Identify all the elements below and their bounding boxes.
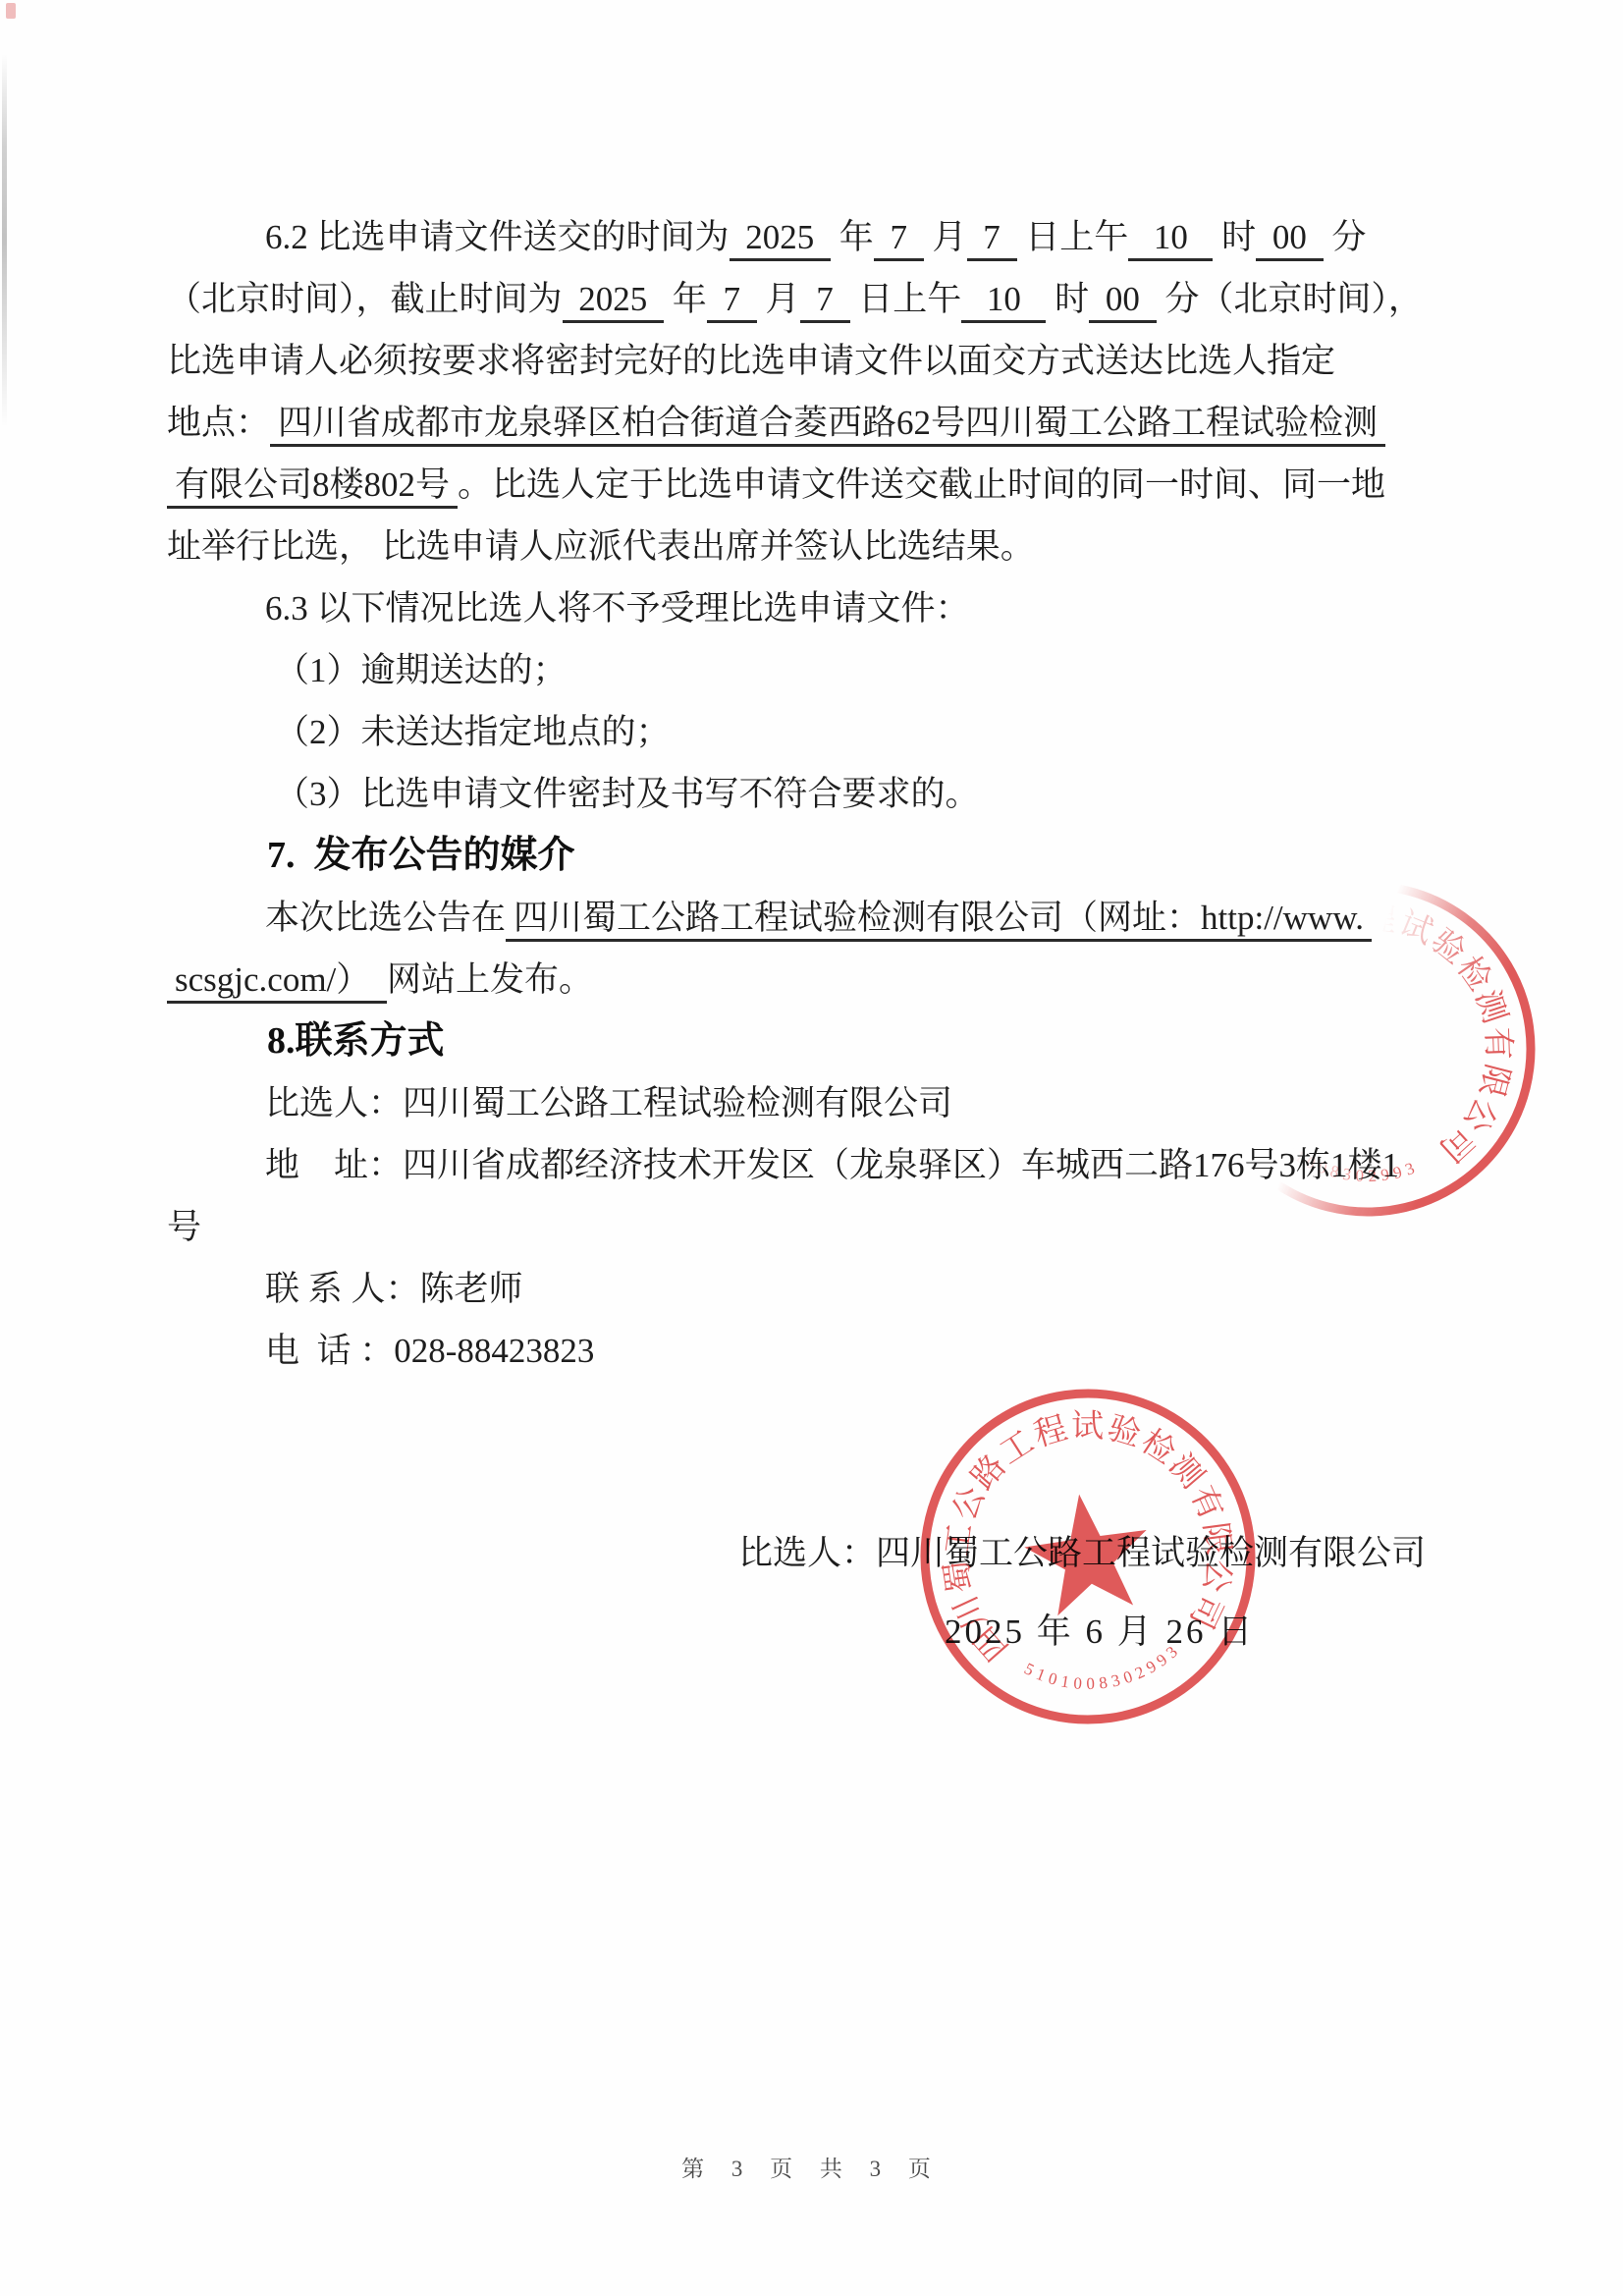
text-segment: 时 [1046,280,1089,318]
text-segment: 地点： [167,404,270,442]
text-segment: 电 话 ：028-88423823 [265,1332,594,1370]
text-line: 6.2 比选申请文件送交的时间为 2025 年 7 月 7 日上午 10 时 0… [167,206,1419,268]
text-segment: 8.联系方式 [267,1020,445,1062]
text-segment: （3）比选申请文件密封及书写不符合要求的。 [275,775,980,813]
underlined-text-segment: 有限公司8楼802号 [167,465,458,509]
text-segment: （1）逾期送达的； [275,651,568,689]
text-segment: （2）未送达指定地点的； [275,713,671,751]
page-number-indicator: 第 3 页 共 3 页 [0,2151,1623,2183]
text-segment: 比选人：四川蜀工公路工程试验检测有限公司 [265,1084,952,1122]
underlined-text-segment: 四川蜀工公路工程试验检测有限公司（网址：http://www. [506,899,1372,942]
section-heading: 8.联系方式 [167,1011,1419,1072]
text-segment: 年 [831,218,874,256]
text-segment: （北京时间），截止时间为 [167,280,563,318]
underlined-text-segment: 7 [967,218,1017,261]
signature-date: 2025 年 6 月 26 日 [945,1605,1255,1654]
text-segment: 日上午 [1017,218,1129,256]
text-segment: 网站上发布。 [387,960,593,999]
underlined-text-segment: 2025 [730,218,832,261]
text-line: 比选申请人必须按要求将密封完好的比选申请文件以面交方式送达比选人指定 [167,330,1419,392]
text-line: 6.3 以下情况比选人将不予受理比选申请文件： [167,577,1419,639]
text-line: 本次比选公告在四川蜀工公路工程试验检测有限公司（网址：http://www. [167,887,1419,949]
text-segment: 7. 发布公告的媒介 [267,835,575,876]
text-line: （3）比选申请文件密封及书写不符合要求的。 [167,763,1419,825]
text-segment: 本次比选公告在 [265,899,506,937]
text-line: 有限公司8楼802号。比选人定于比选申请文件送交截止时间的同一时间、同一地 [167,454,1419,516]
underlined-text-segment: 00 [1089,280,1157,323]
text-line: scsgjc.com/） 网站上发布。 [167,949,1419,1011]
underlined-text-segment: 10 [1128,218,1213,261]
text-line: （2）未送达指定地点的； [167,701,1419,763]
section-heading: 7. 发布公告的媒介 [167,825,1419,887]
underlined-text-segment: 7 [707,280,757,323]
scan-artifact-left-streak [2,54,7,427]
underlined-text-segment: 四川省成都市龙泉驿区柏合街道合菱西路62号四川蜀工公路工程试验检测 [270,404,1385,447]
scan-artifact-corner-mark [6,3,16,19]
text-line: （1）逾期送达的； [167,639,1419,701]
underlined-text-segment: scsgjc.com/） [167,960,387,1004]
text-line: （北京时间），截止时间为 2025 年 7 月 7 日上午 10 时 00 分（… [167,268,1419,330]
text-segment: 6.2 比选申请文件送交的时间为 [265,218,730,256]
text-segment: 月 [924,218,967,256]
text-segment: 分（北京时间）， [1157,280,1423,318]
text-line: 号 [167,1196,1419,1258]
text-segment: 址举行比选， 比选申请人应派代表出席并签认比选结果。 [167,527,1035,566]
text-segment: 月 [757,280,800,318]
document-page: 6.2 比选申请文件送交的时间为 2025 年 7 月 7 日上午 10 时 0… [0,0,1623,2296]
document-body: 6.2 比选申请文件送交的时间为 2025 年 7 月 7 日上午 10 时 0… [167,206,1419,1382]
text-segment: 年 [664,280,707,318]
text-segment: 号 [167,1208,201,1246]
underlined-text-segment: 2025 [563,280,665,323]
text-line: 电 话 ：028-88423823 [167,1320,1419,1382]
text-line: 联 系 人：陈老师 [167,1258,1419,1320]
text-line: 比选人：四川蜀工公路工程试验检测有限公司 [167,1072,1419,1134]
text-segment: 时 [1213,218,1256,256]
underlined-text-segment: 7 [800,280,850,323]
underlined-text-segment: 00 [1256,218,1324,261]
text-segment: 6.3 以下情况比选人将不予受理比选申请文件： [265,589,970,628]
text-line: 址举行比选， 比选申请人应派代表出席并签认比选结果。 [167,516,1419,577]
signature-line: 比选人：四川蜀工公路工程试验检测有限公司 [738,1526,1426,1575]
text-segment: 。比选人定于比选申请文件送交截止时间的同一时间、同一地 [458,465,1385,504]
text-segment: 日上午 [850,280,962,318]
text-segment: 联 系 人：陈老师 [265,1270,523,1308]
underlined-text-segment: 10 [961,280,1046,323]
text-segment: 比选申请人必须按要求将密封完好的比选申请文件以面交方式送达比选人指定 [167,342,1335,380]
underlined-text-segment: 7 [874,218,924,261]
text-segment: 地 址：四川省成都经济技术开发区（龙泉驿区）车城西二路176号3栋1楼1 [265,1146,1399,1184]
text-line: 地 址：四川省成都经济技术开发区（龙泉驿区）车城西二路176号3栋1楼1 [167,1134,1419,1196]
text-line: 地点：四川省成都市龙泉驿区柏合街道合菱西路62号四川蜀工公路工程试验检测 [167,392,1419,454]
text-segment: 分 [1324,218,1367,256]
